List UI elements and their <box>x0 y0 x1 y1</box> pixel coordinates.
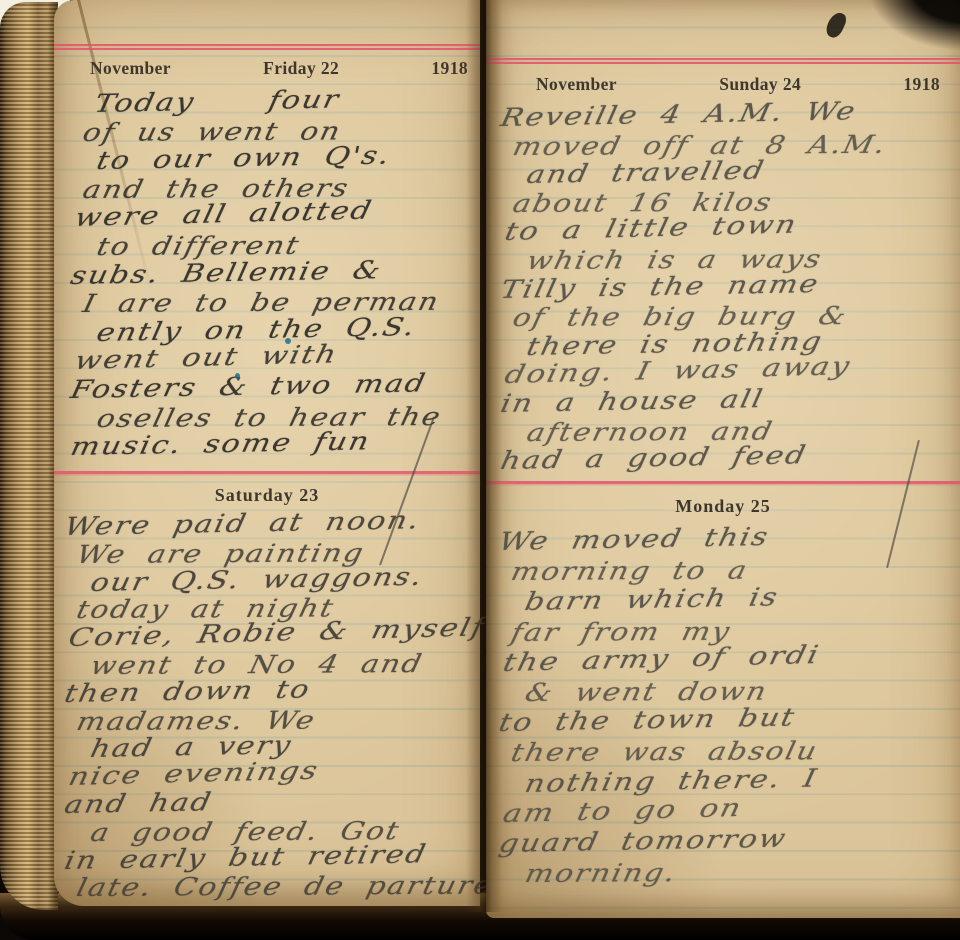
stacked-page-edges <box>0 2 58 910</box>
page-header-right: November Sunday 24 1918 <box>536 74 940 95</box>
ink-dot <box>285 338 291 344</box>
entry-friday-22: Today fourof us went onto our own Q's.an… <box>68 90 480 462</box>
section-header-saturday: Saturday 23 <box>54 485 480 506</box>
header-day: Sunday 24 <box>719 74 801 95</box>
diary-scan: { "document": { "kind": "handwritten-dia… <box>0 0 960 940</box>
diary-page-left: November Friday 22 1918 Today fourof us … <box>54 0 480 906</box>
red-rule-mid-left <box>54 471 480 474</box>
ink-dot <box>235 373 240 379</box>
red-rule-top-right <box>486 58 960 64</box>
scene: November Friday 22 1918 Today fourof us … <box>0 0 960 940</box>
handwriting-line: morning. <box>522 857 960 890</box>
header-year: 1918 <box>903 74 940 95</box>
diary-page-right: November Sunday 24 1918 Reveille 4 A.M. … <box>486 0 960 918</box>
entry-saturday-23: Were paid at noon.We are paintingour Q.S… <box>62 513 480 902</box>
header-year: 1918 <box>431 58 468 79</box>
red-rule-top-left <box>54 44 480 50</box>
page-header-left: November Friday 22 1918 <box>90 58 468 79</box>
red-rule-mid-right <box>486 481 960 484</box>
header-day: Friday 22 <box>263 58 339 79</box>
entry-monday-25: We moved thismorning to abarn which isfa… <box>496 528 960 890</box>
handwriting-line: We moved this <box>496 517 960 558</box>
header-month: November <box>536 74 617 95</box>
header-month: November <box>90 58 171 79</box>
handwriting-line: Reveille 4 A.M. We <box>498 94 960 133</box>
section-header-monday: Monday 25 <box>486 496 960 517</box>
entry-sunday-24: Reveille 4 A.M. Wemoved off at 8 A.M.and… <box>498 104 960 476</box>
